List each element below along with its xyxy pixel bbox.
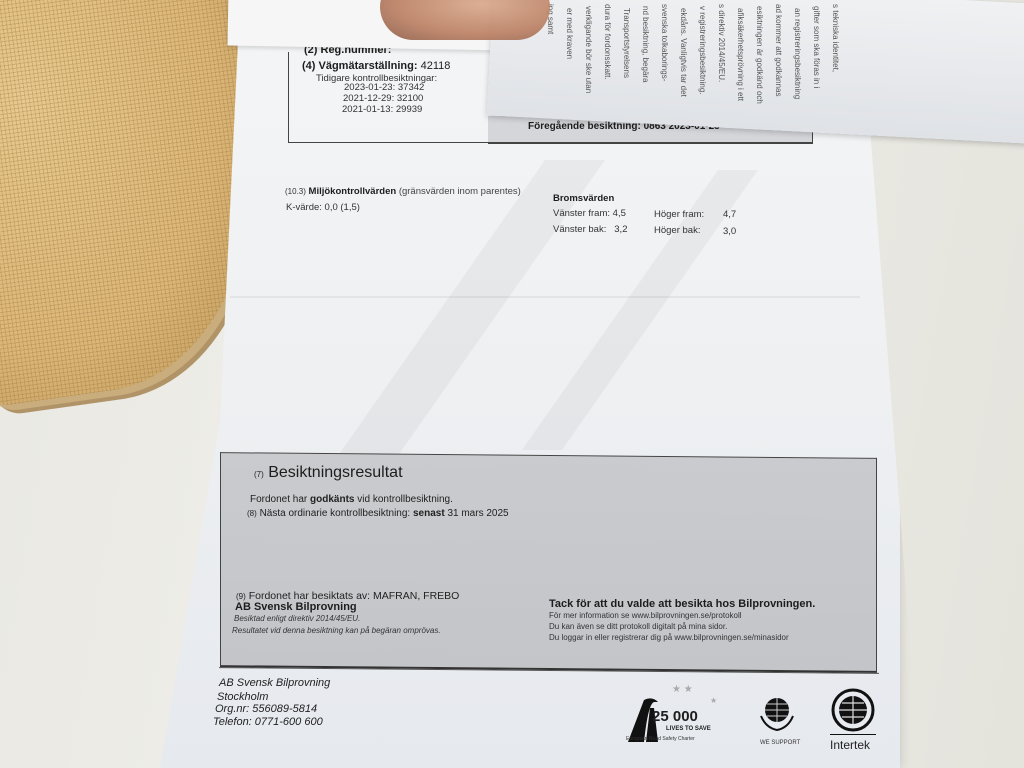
footer-company: AB Svensk Bilprovning [219, 677, 330, 689]
folded-sheet-fragment: ekdåns. Vanligtvis tar det [678, 8, 689, 97]
footer-city: Stockholm [217, 691, 268, 703]
road-safety-tagline: LIVES TO SAVE [666, 726, 711, 732]
intertek-logo: Intertek [826, 686, 886, 756]
globe-icon [752, 686, 802, 736]
intertek-caption: Intertek [830, 738, 870, 752]
folded-sheet-fragment: s tekniska identitet, [830, 4, 841, 72]
environment-heading: (10.3) Miljökontrollvärden (gränsvärden … [285, 186, 521, 197]
result-company: AB Svensk Bilprovning [235, 601, 357, 613]
directive-text: Besiktad enligt direktiv 2014/45/EU. [234, 614, 360, 623]
global-compact-logo: WE SUPPORT [748, 684, 808, 754]
folded-sheet-fragment: verkligande bör ske utan [583, 6, 594, 93]
info-protocol-link[interactable]: För mer information se www.bilprovningen… [549, 611, 742, 620]
footer-org-nr: Org.nr: 556089-5814 [215, 703, 317, 715]
brake-front-right-label: Höger fram: [654, 209, 704, 220]
footer-phone: Telefon: 0771-600 600 [213, 716, 323, 728]
thank-you-text: Tack för att du valde att besikta hos Bi… [549, 598, 815, 610]
folded-sheet-fragment: er med kraven [564, 8, 575, 59]
folded-sheet-fragment: an registreringsbesiktning [792, 8, 803, 99]
k-value: K-värde: 0,0 (1,5) [286, 202, 360, 213]
folded-sheet-fragment: Transportstyrelsens [621, 8, 632, 78]
global-compact-caption: WE SUPPORT [760, 740, 800, 746]
odometer-label: (4) Vägmätarställning: 42118 [302, 60, 450, 72]
info-digital: Du kan även se ditt protokoll digitalt p… [549, 622, 727, 631]
brake-front-left: Vänster fram: 4,5 [553, 208, 626, 219]
folded-sheet-fragment: dura för fordonsskatt. [602, 4, 613, 80]
result-status: Fordonet har godkänts vid kontrollbesikt… [250, 494, 453, 505]
brake-front-right-value: 4,7 [723, 209, 736, 220]
road-safety-caption: European Road Safety Charter [626, 736, 695, 742]
folded-sheet-fragment: nd besiktning, begära [640, 6, 651, 83]
brakes-heading: Bromsvärden [553, 193, 614, 204]
folded-sheet-fragment: v registreringsbesiktning. [697, 6, 708, 94]
previous-inspection-entry: 2021-12-29: 32100 [343, 93, 423, 104]
road-safety-charter-logo: ★ ★ ★ 25 000 LIVES TO SAVE European Road… [622, 684, 732, 754]
folded-sheet-fragment: s direktiv 2014/45/EU. [716, 4, 727, 82]
brake-rear-right-value: 3,0 [723, 226, 736, 237]
folded-sheet-fragment: esiktningen är godkänd och [754, 6, 765, 104]
result-heading: (7) Besiktningsresultat [254, 464, 403, 482]
brake-rear-left: Vänster bak: 3,2 [553, 224, 627, 235]
folded-sheet-fragment: ad kommer att godkännas [773, 4, 784, 97]
folded-sheet-fragment: afiksäkerhetsprövning i ett [735, 8, 746, 101]
intertek-globe-icon [828, 686, 878, 734]
folded-sheet-fragment: gifter som ska föras in i [811, 6, 822, 88]
next-inspection: (8) Nästa ordinarie kontrollbesiktning: … [247, 508, 509, 519]
brake-rear-right-label: Höger bak: [654, 225, 700, 236]
paper-fold-line [230, 296, 860, 298]
star-icon: ★ [710, 696, 717, 705]
road-safety-number: 25 000 [652, 708, 698, 725]
folded-sheet-fragment: svenska tolkaborings- [659, 4, 670, 81]
info-login-link[interactable]: Du loggar in eller registrerar dig på ww… [549, 633, 789, 642]
appeal-text: Resultatet vid denna besiktning kan på b… [232, 626, 441, 635]
star-icon: ★ ★ [672, 684, 693, 695]
finger [380, 0, 550, 40]
previous-inspection-entry: 2023-01-23: 37342 [344, 82, 424, 93]
previous-inspection-entry: 2021-01-13: 29939 [342, 104, 422, 115]
